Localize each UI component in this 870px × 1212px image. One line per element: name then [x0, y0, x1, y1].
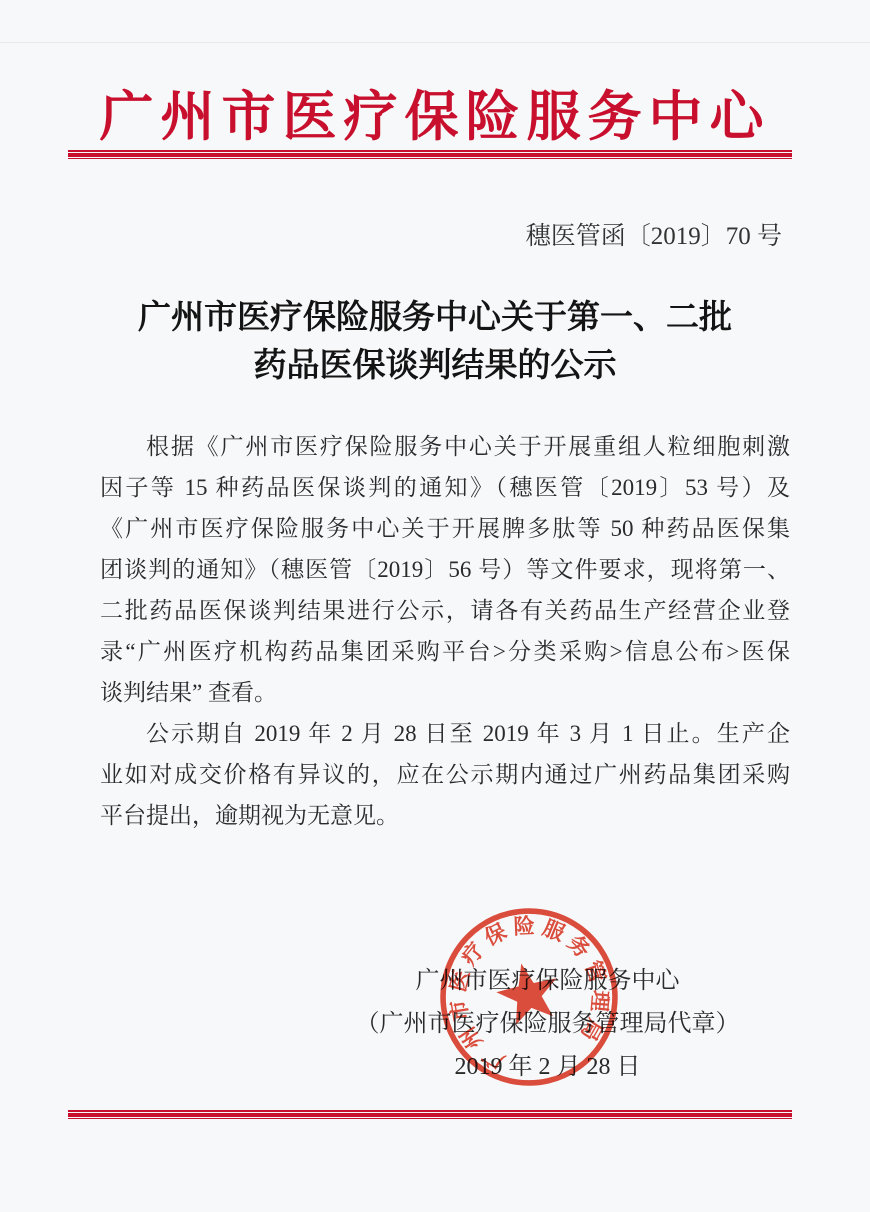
body-line: 录“广州医疗机构药品集团采购平台>分类采购>信息公布>医保	[100, 631, 790, 672]
body-line: 团谈判的通知》（穗医管〔2019〕56 号）等文件要求，现将第一、	[100, 549, 790, 590]
body-line: 二批药品医保谈判结果进行公示，请各有关药品生产经营企业登	[100, 590, 790, 631]
signature-date: 2019 年 2 月 28 日	[355, 1046, 740, 1089]
document-number: 穗医管函〔2019〕70 号	[526, 216, 782, 252]
document-page: 广州市医疗保险服务中心 穗医管函〔2019〕70 号 广州市医疗保险服务中心关于…	[0, 0, 870, 1212]
header-rule	[68, 150, 792, 159]
body-line: 因子等 15 种药品医保谈判的通知》（穗医管〔2019〕53 号）及	[100, 467, 790, 508]
scan-artifact-line	[0, 42, 870, 43]
document-title-line-1: 广州市医疗保险服务中心关于第一、二批	[0, 294, 870, 342]
body-line: 公示期自 2019 年 2 月 28 日至 2019 年 3 月 1 日止。生产…	[100, 713, 790, 754]
body-line: 业如对成交价格有异议的，应在公示期内通过广州药品集团采购	[100, 754, 790, 795]
footer-rule	[68, 1110, 792, 1119]
signature-on-behalf: （广州市医疗保险服务管理局代章）	[355, 1003, 740, 1046]
signature-block: 广州市医疗保险服务中心 （广州市医疗保险服务管理局代章） 2019 年 2 月 …	[355, 960, 740, 1089]
body-line: 谈判结果” 查看。	[100, 672, 790, 713]
body: 根据《广州市医疗保险服务中心关于开展重组人粒细胞刺激因子等 15 种药品医保谈判…	[100, 426, 790, 836]
body-line: 平台提出，逾期视为无意见。	[100, 795, 790, 836]
body-line: 《广州市医疗保险服务中心关于开展脾多肽等 50 种药品医保集	[100, 508, 790, 549]
document-title-line-2: 药品医保谈判结果的公示	[0, 342, 870, 390]
body-line: 根据《广州市医疗保险服务中心关于开展重组人粒细胞刺激	[100, 426, 790, 467]
letterhead-title: 广州市医疗保险服务中心	[0, 74, 870, 151]
document-title: 广州市医疗保险服务中心关于第一、二批 药品医保谈判结果的公示	[0, 294, 870, 390]
signature-org: 广州市医疗保险服务中心	[355, 960, 740, 1003]
